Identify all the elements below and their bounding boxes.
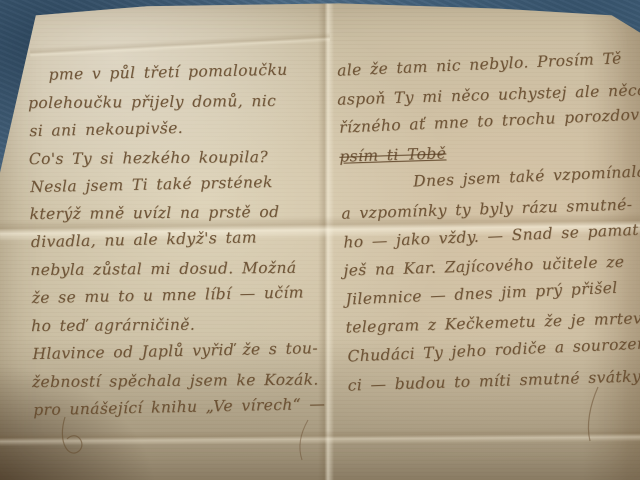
fold-crease-top-left bbox=[30, 32, 330, 58]
handwriting-line: pme v půl třetí pomaloučku bbox=[28, 60, 334, 94]
handwriting-line: Nesla jsem Ti také prstének bbox=[30, 171, 336, 205]
paper-sheet: pme v půl třetí pomaloučku polehoučku př… bbox=[0, 0, 640, 480]
left-page-text: pme v půl třetí pomaloučku polehoučku př… bbox=[27, 62, 337, 429]
handwriting-line: pro unášející knihu „Ve vírech“ — bbox=[33, 394, 339, 428]
fold-crease-horizontal-bottom bbox=[0, 428, 640, 446]
right-page-text: ale že tam nic nebylo. Prosím Tě aspoň T… bbox=[336, 50, 640, 404]
handwriting-line: divadla, nu ale když's tam bbox=[31, 227, 337, 261]
handwriting-line: Hlavince od Japlů vyřiď že s tou- bbox=[32, 339, 338, 373]
handwriting-line: že se mu to u mne líbí — učím bbox=[32, 283, 338, 317]
handwriting-line: si ani nekoupivše. bbox=[29, 116, 335, 150]
photograph-of-letter: pme v půl třetí pomaloučku polehoučku př… bbox=[0, 0, 640, 480]
